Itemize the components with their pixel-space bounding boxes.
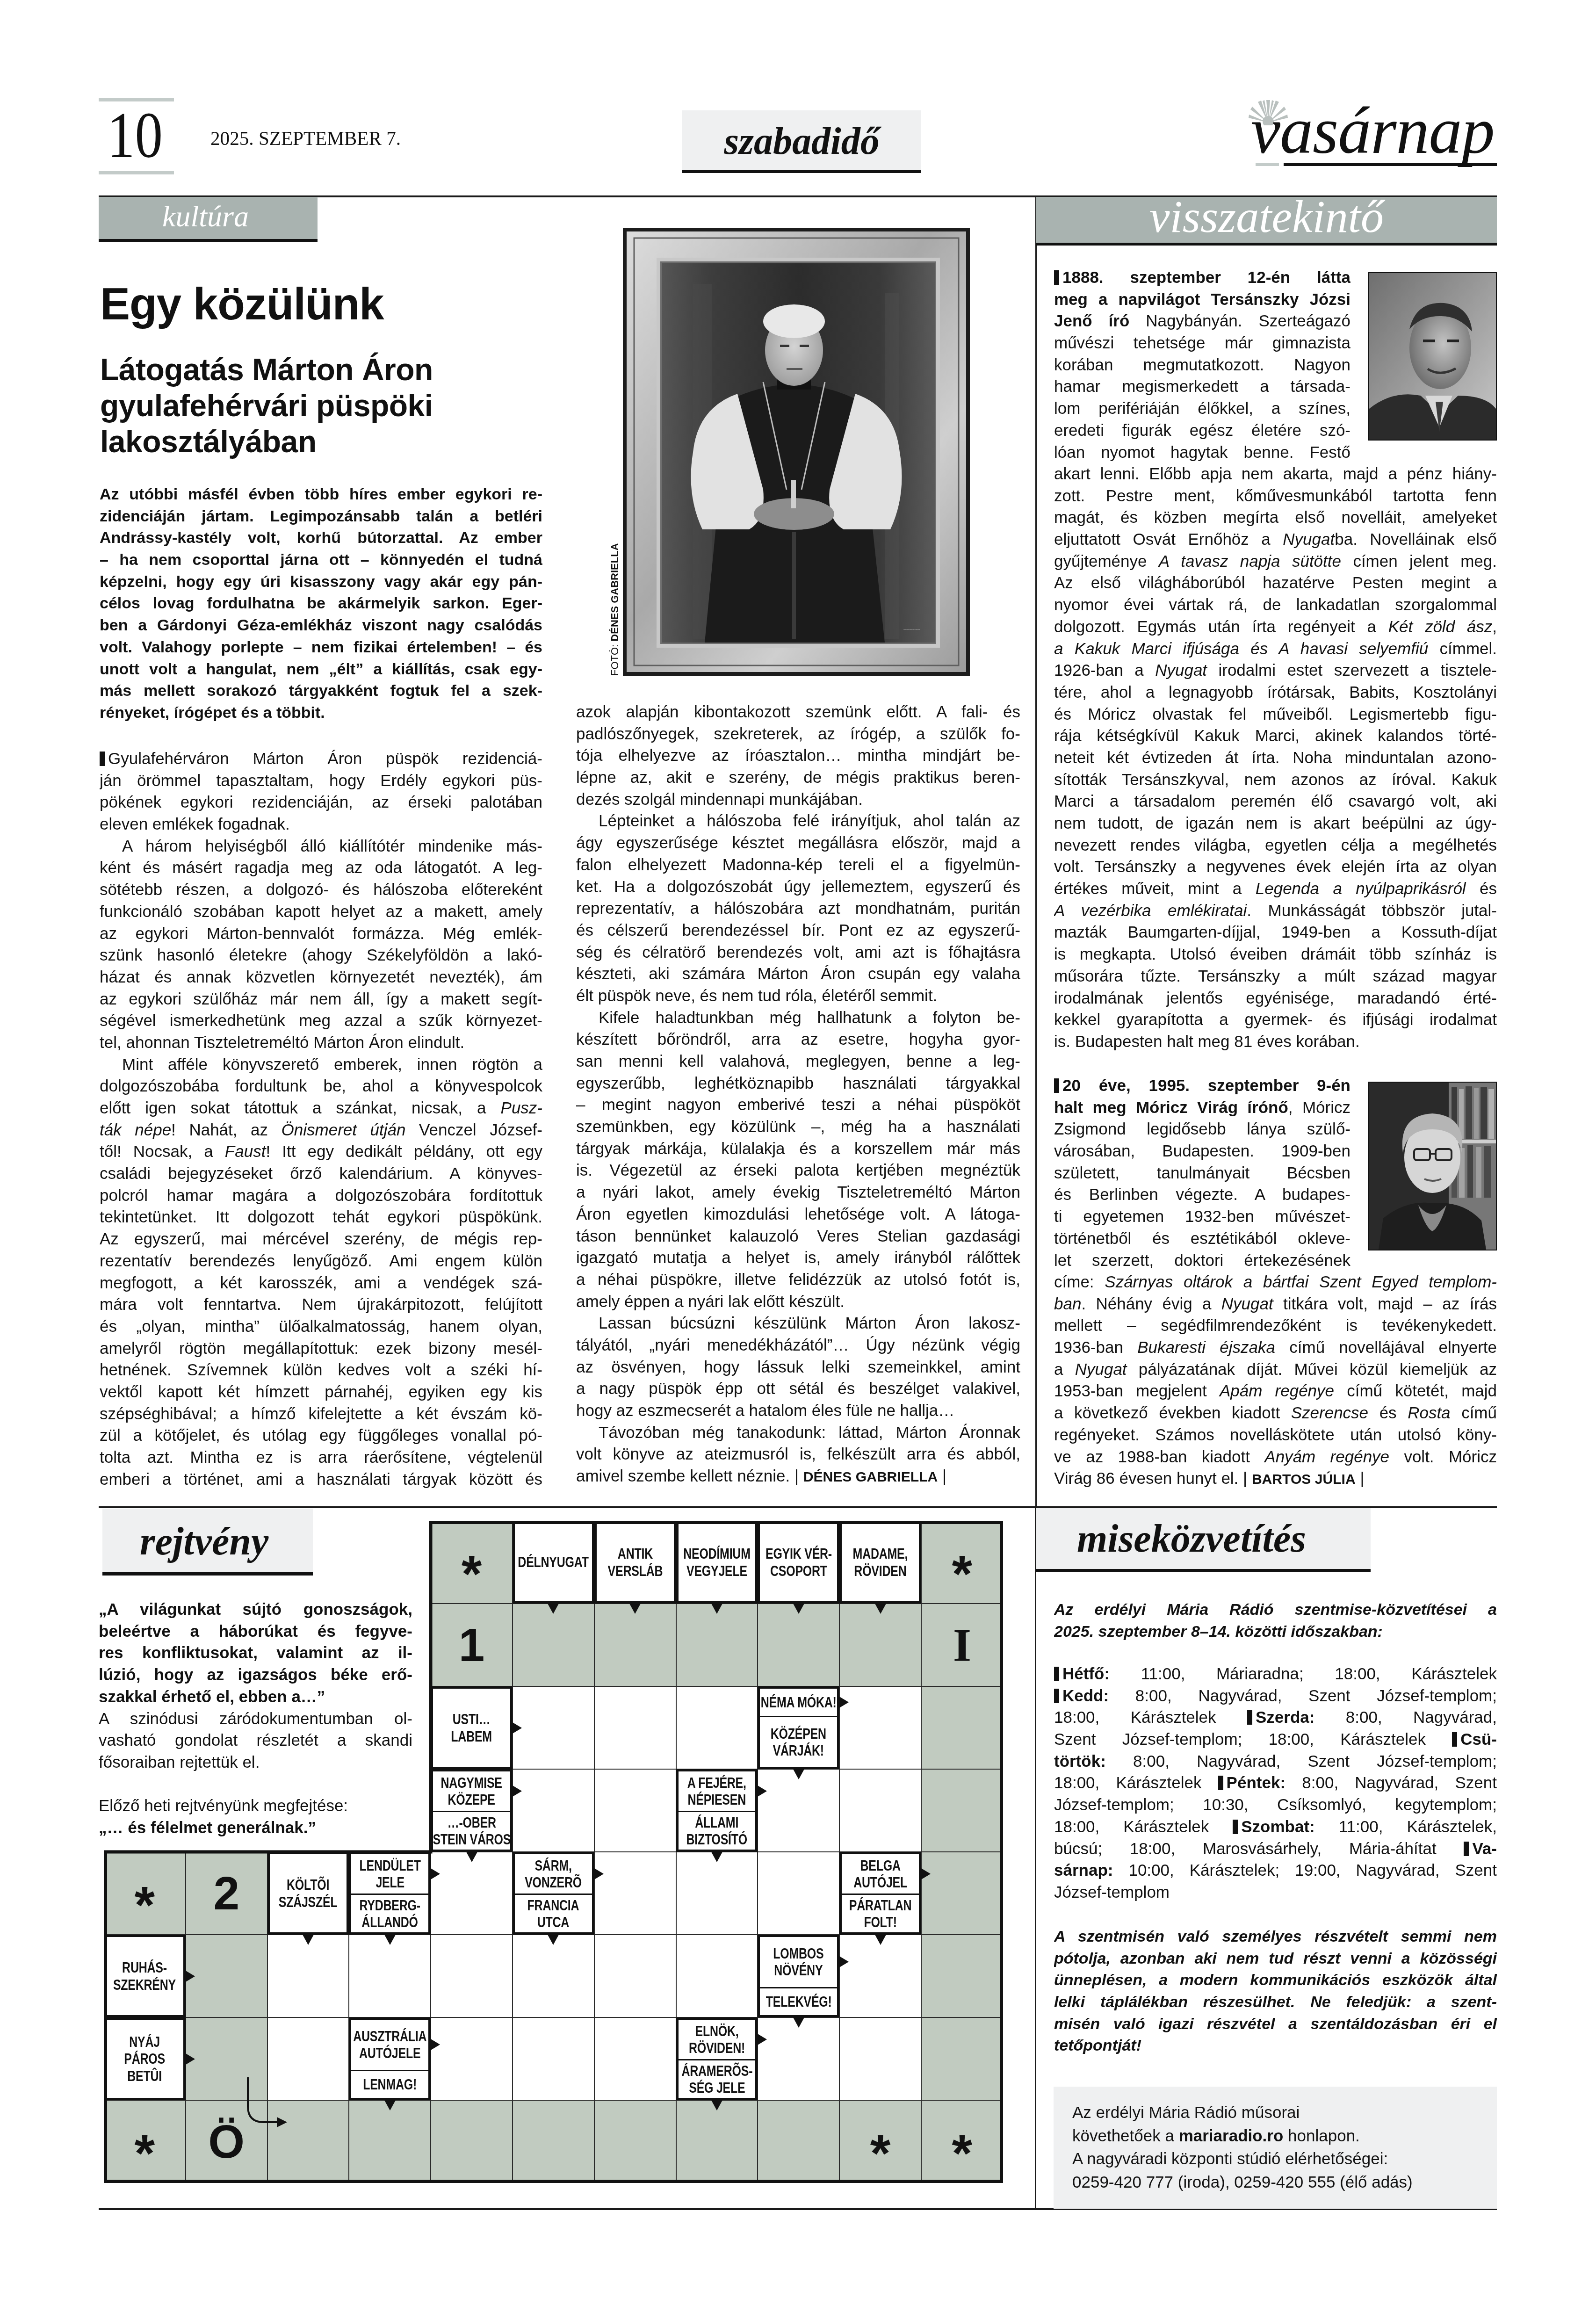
crossword-clue-cell: NÉMA MÓKA!KÖZÉPEN VÁRJÁK! <box>758 1686 839 1769</box>
text-line: unott volt a hangulat, nem „élt” a kiáll… <box>100 658 542 680</box>
italic-text: ták népe <box>100 1121 171 1139</box>
brand-underline-gray <box>1256 163 1279 166</box>
text-line: sították Tersánszkyval, nem azonos az ír… <box>1054 769 1497 791</box>
issue-date: 2025. SZEPTEMBER 7. <box>210 129 401 149</box>
text-line: től! Nocsak, a Faust! Itt egy dedikált p… <box>100 1141 542 1163</box>
text-line: lóan nyomot hagytak benne. Festő <box>1054 442 1350 464</box>
retro-item-2-body: címe: Szárnyas oltárok a bártfai Szent E… <box>1054 1272 1497 1490</box>
section-label: miseközvetítés <box>1077 1519 1371 1559</box>
crossword-marker-cell: * <box>104 2100 186 2183</box>
clue-part-top: A FEJÉRE, NÉPIESEN <box>679 1771 756 1811</box>
mass-intro: Az erdélyi Mária Rádió szentmise-közvetí… <box>1054 1599 1497 1642</box>
text-line: tére, ahol a legnagyobb írótársak, Babit… <box>1054 682 1497 704</box>
crossword-answer-cell[interactable] <box>839 1935 921 2017</box>
text-line: tel, ahonnan Tiszteletreméltó Márton Áro… <box>100 1032 542 1054</box>
paragraph-marker <box>1054 1689 1059 1703</box>
text-line: Marci a társadalom peremén élő csavargó … <box>1054 791 1497 813</box>
text-line: A három helyiségből álló kiállítótér min… <box>100 836 542 858</box>
text-line: Jenő író Nagybányán. Szerteágazó <box>1054 311 1350 332</box>
crossword-marker: 1 <box>459 1622 485 1669</box>
crossword-clue-cell: AUSZTRÁLIA AUTÓJELELENMAG! <box>349 2017 431 2100</box>
crossword-answer-cell[interactable] <box>839 2017 921 2100</box>
clue-text: AUSZTRÁLIA AUTÓJELE <box>353 2028 426 2061</box>
crossword-answer-cell[interactable] <box>431 1935 513 2017</box>
crossword-marker-cell: * <box>839 2100 921 2183</box>
text-line: a nyári lakot, amely évekig Tiszteletrem… <box>576 1182 1020 1204</box>
text-line: készített bőröndről, arra az esetre, hog… <box>576 1029 1020 1051</box>
text-line: halt meg Móricz Virág írónő, Móricz <box>1054 1097 1350 1119</box>
article-body-column-2: azok alapján kibontakozott szemünk előtt… <box>576 701 1020 1488</box>
arrow-right-icon <box>921 1868 931 1879</box>
bold-text: Szerda: <box>1256 1708 1314 1727</box>
text-line: ként és másért ragadja meg az oda látoga… <box>100 857 542 879</box>
crossword-answer-cell[interactable] <box>513 1769 594 1852</box>
paragraph-marker <box>1218 1776 1223 1790</box>
text-line: sárnap: 10:00, Kárásztelek; 19:00, Nagyv… <box>1054 1860 1497 1882</box>
text-line: értékes műveit, mint a Legenda a nyúlpap… <box>1054 878 1497 900</box>
crossword-answer-cell[interactable] <box>594 1686 676 1769</box>
text-line: a következő években kiadott Szerencse és… <box>1054 1402 1497 1424</box>
text-line: a néhai püspökre, illetve felidézzük az … <box>576 1269 1020 1291</box>
text-line: tolta azt. Mintha ez is arra ráerősítene… <box>100 1447 542 1469</box>
contact-text: honlapon. <box>1283 2127 1359 2145</box>
crossword-marker: * <box>462 1547 482 1600</box>
clue-part-top: NÉMA MÓKA! <box>760 1689 837 1716</box>
clue-text: ÁRAMERÕS- SÉG JELE <box>681 2062 752 2096</box>
text-line: vektől kapott két hímzett párnahéj, egyi… <box>100 1381 542 1403</box>
bold-text: BARTOS JÚLIA <box>1252 1472 1356 1487</box>
crossword-marker-cell: 2 <box>186 1852 267 1935</box>
bold-text: Péntek: <box>1227 1774 1285 1792</box>
clue-text: ELNÖK, RÖVIDEN! <box>689 2023 745 2056</box>
text-line: és Móricz olvastak fel műveiből. Legisme… <box>1054 704 1497 726</box>
text-line: és célszerű berendezéssel bír. Pont ez a… <box>576 920 1020 942</box>
crossword-answer-cell[interactable] <box>921 1769 1003 1852</box>
text-line: A szentmisén való személyes részvételt s… <box>1054 1926 1497 1948</box>
subtitle-line: Látogatás Márton Áron <box>100 352 433 388</box>
clue-part-bottom: ÁLLAMI BIZTOSÍTÓ <box>679 1811 756 1850</box>
text-line: és „olyan, mintha” ülőalkalmatosság, han… <box>100 1316 542 1338</box>
clue-part-bottom: FRANCIA UTCA <box>515 1894 592 1933</box>
section-bar-label: visszatekintő <box>1036 194 1497 240</box>
crossword-clue-cell: SÁRM, VONZERÕFRANCIA UTCA <box>513 1852 594 1935</box>
text-line: mára volt fenntartva. Nem újrakárpitozot… <box>100 1294 542 1316</box>
crossword-answer-cell[interactable] <box>267 1935 349 2017</box>
text-line: ágy egyszerűsége késztet megállásra elős… <box>576 832 1020 854</box>
bold-text: Szombat: <box>1241 1818 1315 1836</box>
crossword-answer-cell[interactable] <box>513 1604 594 1686</box>
text-line: 1926-ban a Nyugat irodalmi estet szervez… <box>1054 660 1497 682</box>
clue-text: BELGA AUTÓJEL <box>853 1857 907 1891</box>
bold-text: halt meg Móricz Virág írónő <box>1054 1099 1288 1117</box>
text-line: az egykori szülőház már nem áll, így a m… <box>100 989 542 1011</box>
italic-text: a Kakuk Marci ifjúsága és A havasi selye… <box>1054 640 1428 658</box>
clue-text: KÖZÉPEN VÁRJÁK! <box>771 1725 826 1759</box>
italic-text: Apám regénye <box>1220 1382 1334 1400</box>
clue-text: NYÁJ PÁROS BETÛI <box>124 2033 166 2084</box>
text-line: eljuttatott Osvát Ernőhöz a Nyugatba. No… <box>1054 529 1497 551</box>
text-line: azok alapján kibontakozott szemünk előtt… <box>576 701 1020 723</box>
crossword-answer-cell[interactable] <box>431 2017 513 2100</box>
text-line: – ha nem csoporttal járna ott – könnyedé… <box>100 549 542 571</box>
text-line: képzelni, hogy egy úri kisasszony vagy a… <box>100 571 542 593</box>
crossword-answer-cell[interactable] <box>676 1686 758 1769</box>
bold-text: meg a napvilágot Tersánszky Józsi <box>1054 290 1350 309</box>
clue-text: A FEJÉRE, NÉPIESEN <box>687 1774 746 1808</box>
crossword-marker: I <box>953 1622 971 1669</box>
crossword-clue-cell: RUHÁS- SZEKRÉNY <box>104 1935 186 2017</box>
text-line: A vezérbika emlékiratai. Munkásságát töb… <box>1054 900 1497 922</box>
article-lead: Az utóbbi másfél évben több híres ember … <box>100 484 542 724</box>
text-line: művészi tehetsége már gimnazista <box>1054 332 1350 354</box>
crossword-grid: *DÉLNYUGATANTIK VERSLÁBNEODÍMIUM VEGYJEL… <box>104 1521 1003 2183</box>
crossword-clue-cell: NEODÍMIUM VEGYJELE <box>676 1521 758 1604</box>
paragraph-marker <box>1464 1842 1469 1856</box>
text-line: Távozóban még tanakodunk: láttad, Márton… <box>576 1422 1020 1444</box>
text-line: műsorára tűzte. Tersánszky a múlt század… <box>1054 966 1497 988</box>
clue-part-top: NAGYMISE KÖZEPE <box>433 1771 510 1811</box>
text-line: Kifele haladtunkban még hallhatunk a fol… <box>576 1007 1020 1029</box>
radio-website-link[interactable]: mariaradio.ro <box>1179 2127 1284 2145</box>
contact-text: követhetőek a <box>1072 2127 1179 2145</box>
crossword-answer-cell[interactable] <box>921 2017 1003 2100</box>
crossword-clue-cell: KÖLTÕI SZÁJSZÉL <box>267 1852 349 1935</box>
text-line: egyszerűbb, leghétköznapibb használati t… <box>576 1073 1020 1095</box>
crossword-answer-cell[interactable] <box>921 1852 1003 1935</box>
clue-text: NAGYMISE KÖZEPE <box>441 1774 502 1808</box>
text-line: hogy az eszmecserét a hatalom éles füle … <box>576 1400 1020 1422</box>
text-line: volt. Tersánszky a negyvenes évek elején… <box>1054 856 1497 878</box>
clue-text: FRANCIA UTCA <box>527 1897 579 1930</box>
crossword-answer-cell[interactable] <box>758 1852 839 1935</box>
mass-note: A szentmisén való személyes részvételt s… <box>1054 1926 1497 2057</box>
clue-text: NÉMA MÓKA! <box>761 1694 837 1711</box>
crossword-marker-cell: 1 <box>431 1604 513 1686</box>
text-line: más mellett sorakozó tárgyakként fogtuk … <box>100 680 542 702</box>
brand-logo: vasárnap <box>1248 94 1498 168</box>
text-line: 18:00, Kárásztelek Szerda: 8:00, Nagyvár… <box>1054 1707 1497 1729</box>
crossword-answer-cell[interactable] <box>758 1769 839 1852</box>
crossword-answer-cell[interactable] <box>758 2017 839 2100</box>
text-line: nyomor évei vártak rá, de lankadatlan sz… <box>1054 594 1497 616</box>
clue-part-top: SÁRM, VONZERÕ <box>515 1854 592 1894</box>
text-line: Szent József-templom; 18:00, Kárásztelek… <box>1054 1729 1497 1751</box>
text-line: Az erdélyi Mária Rádió szentmise-közvetí… <box>1054 1599 1497 1621</box>
crossword-answer-cell[interactable] <box>186 2017 267 2100</box>
crossword-answer-cell[interactable] <box>676 1935 758 2017</box>
text-line: dolgozószobába fordultunk be, ahol a kön… <box>100 1076 542 1098</box>
crossword-marker: 2 <box>213 1870 239 1917</box>
arrow-down-icon <box>384 1935 396 1945</box>
crossword-answer-cell[interactable] <box>594 1769 676 1852</box>
retro-item-1-beside: 1888. szeptember 12-én láttameg a napvil… <box>1054 267 1350 463</box>
section-bar-label: kultúra <box>162 202 249 231</box>
text-line: József-templom; 10:30, Csíksomlyó, kegyt… <box>1054 1794 1497 1816</box>
text-line: ban. Néhány évig a Nyugat titkára volt, … <box>1054 1294 1497 1315</box>
crossword-answer-cell[interactable] <box>349 1935 431 2017</box>
portrait-image <box>1369 273 1496 440</box>
text-line: pótolja, azonban aki nem tud részt venni… <box>1054 1948 1497 1970</box>
crossword-answer-cell[interactable] <box>267 2100 349 2183</box>
text-line: funkcionáló szobában kapott helyet az a … <box>100 901 542 923</box>
retro-item-2-beside: 20 éve, 1995. szeptember 9-énhalt meg Mó… <box>1054 1075 1350 1272</box>
text-line: tekintetünket. Itt dolgozott tehát egyko… <box>100 1207 542 1229</box>
arrow-down-icon <box>711 1852 722 1862</box>
arrow-down-icon <box>548 1604 559 1614</box>
text-line: korában megmutatkozott. Nagyon <box>1054 354 1350 376</box>
paragraph-marker <box>100 752 105 766</box>
crossword-answer-cell[interactable] <box>594 2017 676 2100</box>
crossword-answer-cell[interactable] <box>267 2017 349 2100</box>
svg-text:~~~~~~: ~~~~~~ <box>903 627 920 632</box>
text-line: Gyulafehérváron Márton Áron püspök rezid… <box>100 748 542 770</box>
text-line: igazgató mutatja a helyet is, amely irán… <box>576 1247 1020 1269</box>
portrait-painting-image: ~~~~~~ <box>623 228 970 676</box>
paragraph-marker <box>1452 1732 1457 1747</box>
text-line: előtt igen sokat tátottuk a szánkat, nic… <box>100 1098 542 1120</box>
article-subtitle: Látogatás Márton Áron gyulafehérvári püs… <box>100 352 433 460</box>
crossword-answer-cell[interactable] <box>839 1686 921 1769</box>
subtitle-line: lakosztályában <box>100 424 433 460</box>
text-line: volt. Valahogy porlepte – nem fizikai ér… <box>100 636 542 658</box>
text-line: ségével ismerkedhetünk meg azzal a szűk … <box>100 1010 542 1032</box>
brand-wordmark: vasárnap <box>1251 97 1495 164</box>
text-line: mazták Baumgarten-díjjal, 1949-ben a Kos… <box>1054 922 1497 944</box>
text-line: ti egyetemen 1932-ben művészet- <box>1054 1206 1350 1228</box>
clue-text: TELEKVÉG! <box>766 1993 831 2010</box>
text-line: élt püspök neve, és nem tud róla, életér… <box>576 985 1020 1007</box>
bold-text: Jenő író <box>1054 312 1129 330</box>
text-line: amely éppen a nyári lak előtt készült. <box>576 1291 1020 1313</box>
text-line: a nagy püspök épp ott sétál és beszélget… <box>576 1378 1020 1400</box>
crossword-answer-cell[interactable] <box>839 1604 921 1686</box>
crossword-marker-cell: I <box>921 1604 1003 1686</box>
italic-text: Szerencse <box>1291 1404 1368 1422</box>
paragraph-marker <box>1054 1667 1059 1681</box>
column-rule-right <box>1035 196 1037 1508</box>
clue-text: ANTIK VERSLÁB <box>607 1545 663 1579</box>
crossword-answer-cell[interactable] <box>921 1686 1003 1769</box>
paragraph-marker <box>1247 1710 1252 1725</box>
text-line: Az utóbbi másfél évben több híres ember … <box>100 484 542 506</box>
text-line: hamar megismerkedett a társada- <box>1054 376 1350 398</box>
text-line: az egykori Márton-bennvalót formázza. Mé… <box>100 923 542 945</box>
crossword-marker-cell: * <box>921 1521 1003 1604</box>
text-line: táson bennünket kalauzoló Veres Stelian … <box>576 1226 1020 1248</box>
text-line: is megkapta. Utolsó éveiben drámáit több… <box>1054 944 1497 966</box>
crossword-marker-cell: * <box>104 1852 186 1935</box>
section-badge: szabadidő <box>682 110 921 173</box>
clue-part-bottom: KÖZÉPEN VÁRJÁK! <box>760 1716 837 1767</box>
text-line: nem tudott, de igazán nem is akart beépü… <box>1054 813 1497 835</box>
text-line: 1936-ban Bukaresti éjszaka című novelláj… <box>1054 1337 1497 1359</box>
arrow-right-icon <box>431 2039 440 2050</box>
text-line: eleven emlékek fogadnak. <box>100 814 542 836</box>
crossword-marker: Ö <box>208 2118 245 2165</box>
crossword-answer-cell[interactable] <box>839 1769 921 1852</box>
paragraph-marker <box>1054 270 1059 285</box>
clue-part-top: BELGA AUTÓJEL <box>842 1854 919 1894</box>
crossword-clue-cell: LOMBOS NÖVÉNYTELEKVÉG! <box>758 1935 839 2017</box>
text-line: városában, Budapesten. 1909-ben <box>1054 1141 1350 1163</box>
arrow-right-icon <box>839 1697 849 1708</box>
text-line: let szerzett, doktori értekezésének <box>1054 1250 1350 1272</box>
crossword-answer-cell[interactable] <box>513 1935 594 2017</box>
brand-underline <box>1284 163 1497 166</box>
crossword-clue-cell: MADAME, RÖVIDEN <box>839 1521 921 1604</box>
crossword-answer-cell[interactable] <box>676 1852 758 1935</box>
arrow-down-icon <box>875 1935 886 1945</box>
crossword-answer-cell[interactable] <box>758 2100 839 2183</box>
crossword-answer-cell[interactable] <box>594 1604 676 1686</box>
clue-text: DÉLNYUGAT <box>518 1554 589 1570</box>
crossword-marker: * <box>952 1547 973 1600</box>
text-line: 1888. szeptember 12-én látta <box>1054 267 1350 289</box>
italic-text: Anyám regénye <box>1264 1448 1389 1466</box>
crossword-answer-cell[interactable] <box>594 1852 676 1935</box>
section-label: szabadidő <box>682 122 921 160</box>
crossword-answer-cell[interactable] <box>513 2017 594 2100</box>
italic-text: Nyugat <box>1155 661 1207 679</box>
text-line: is. Budapesten halt meg 81 éves korában. <box>1054 1031 1497 1053</box>
article-photo: ~~~~~~ <box>623 228 970 676</box>
clue-text: EGYIK VÉR- CSOPORT <box>766 1545 832 1579</box>
text-line: szépséghibával; a hímző kifelejtette a k… <box>100 1403 542 1425</box>
arrow-down-icon <box>629 1604 641 1614</box>
photo-credit: FOTÓ: DÉNES GABRIELLA <box>609 542 621 676</box>
retro-item-1-body: akart lenni. Előbb apja nem akarta, majd… <box>1054 463 1497 1053</box>
crossword-answer-cell[interactable] <box>186 1935 267 2017</box>
text-line: zott. Pestre ment, kőművesmunkából tarto… <box>1054 485 1497 507</box>
text-line: regényeket. Számos novelláskötete után u… <box>1054 1424 1497 1446</box>
paragraph-marker <box>1054 1078 1059 1093</box>
arrow-down-icon <box>711 1604 722 1614</box>
crossword-answer-cell[interactable] <box>431 2100 513 2183</box>
clue-text: LENMAG! <box>363 2076 417 2093</box>
clue-part-top: LOMBOS NÖVÉNY <box>760 1937 837 1987</box>
text-line: – megint nagyon emberivé teszi a néhai p… <box>576 1094 1020 1116</box>
text-line: tárgyak márkája, külalakja és a korszell… <box>576 1138 1020 1160</box>
crossword-answer-cell[interactable] <box>431 1852 513 1935</box>
crossword-clue-cell: USTI… LABEM <box>431 1686 513 1769</box>
clue-text: PÁRATLAN FOLT! <box>849 1897 912 1930</box>
text-line: falon elhelyezett Madonna-kép tereli el … <box>576 854 1020 876</box>
text-line: ták népe! Nahát, az Önismeret útján Venc… <box>100 1120 542 1142</box>
text-line: rezentatív berendezés lenyűgöző. Ami eng… <box>100 1250 542 1272</box>
italic-text: A tavasz napja sütötte <box>1159 552 1341 571</box>
text-line: tója elhelyezve az íróasztalon… mintha m… <box>576 745 1020 767</box>
text-line: Zsigmond legidősebb lánya szülő- <box>1054 1119 1350 1141</box>
italic-text: Két zöld ász <box>1388 618 1493 636</box>
italic-text: Legenda a nyúlpaprikásról <box>1256 880 1466 898</box>
text-line: lépne az, akit e szerény, de mégis prakt… <box>576 767 1020 789</box>
text-line: Virág 86 évesen hunyt el. | BARTOS JÚLIA… <box>1054 1468 1497 1490</box>
arrow-down-icon <box>793 2017 804 2028</box>
text-line: emberi a történet, ami a használati tárg… <box>100 1469 542 1491</box>
bold-text: 20 éve, 1995. szeptember 9-én <box>1062 1077 1350 1095</box>
text-line: lom perifériáján élőkkel, a színes, <box>1054 398 1350 420</box>
arrow-down-icon <box>548 1935 559 1945</box>
text-line: Az első világháborúból hazatérve Pesten … <box>1054 572 1497 594</box>
text-line: tetőpontját! <box>1054 2035 1497 2057</box>
bold-text: 1888. szeptember 12-én látta <box>1062 268 1350 287</box>
clue-text: …-OBER STEIN VÁROS <box>433 1814 511 1848</box>
crossword-answer-cell[interactable] <box>513 1686 594 1769</box>
italic-text: Nyugat <box>1075 1360 1127 1379</box>
article-title: Egy közülünk <box>100 282 384 327</box>
contact-line: követhetőek a mariaradio.ro honlapon. <box>1072 2125 1497 2148</box>
arrow-down-icon <box>875 1604 886 1614</box>
italic-text: Nyugat <box>1283 530 1335 549</box>
clue-part-bottom: …-OBER STEIN VÁROS <box>433 1811 510 1850</box>
crossword-answer-cell[interactable] <box>921 1935 1003 2017</box>
text-line: san menni kell valahová, meglegyen, benn… <box>576 1051 1020 1073</box>
text-line: a Nyugat pályázatának díját. Művei közül… <box>1054 1359 1497 1381</box>
text-line: reprezentatív, a hálószobára azt mondhat… <box>576 898 1020 920</box>
crossword-clue-cell: EGYIK VÉR- CSOPORT <box>758 1521 839 1604</box>
clue-part-top: LENDÜLET JELE <box>351 1854 428 1894</box>
bold-text: Hétfő: <box>1062 1665 1110 1683</box>
text-line: zül a kötőjelet, és utólag egy függőlege… <box>100 1425 542 1447</box>
clue-text: MADAME, RÖVIDEN <box>853 1545 908 1579</box>
crossword-answer-cell[interactable] <box>594 1935 676 2017</box>
contact-line: Az erdélyi Mária Rádió műsorai <box>1072 2101 1497 2125</box>
crossword-answer-cell[interactable] <box>513 2100 594 2183</box>
text-line: ben a Gárdonyi Géza-emlékház viszont nag… <box>100 614 542 636</box>
bold-text: törtök: <box>1054 1752 1106 1771</box>
arrow-down-icon <box>303 1935 314 1945</box>
section-bar-kultura: kultúra <box>99 197 318 242</box>
crossword-answer-cell[interactable] <box>349 2100 431 2183</box>
crossword-answer-cell[interactable] <box>676 1604 758 1686</box>
arrow-right-icon <box>431 1868 440 1879</box>
contact-phone-line: 0259-420 777 (iroda), 0259-420 555 (élő … <box>1072 2171 1497 2194</box>
text-line: a Kakuk Marci ifjúsága és A havasi selye… <box>1054 638 1497 660</box>
text-line: misén való igazi részvétel a szentáldozá… <box>1054 2013 1497 2035</box>
italic-text: Rosta <box>1408 1404 1450 1422</box>
text-line: 18:00, Kárásztelek Szombat: 11:00, Kárás… <box>1054 1816 1497 1838</box>
arrow-right-icon <box>758 2034 767 2045</box>
text-line: 1953-ban megjelent Apám regénye című köt… <box>1054 1380 1497 1402</box>
contact-line: A nagyváradi központi stúdió elérhetőség… <box>1072 2147 1497 2171</box>
clue-text: SÁRM, VONZERÕ <box>525 1857 582 1891</box>
crossword-answer-cell[interactable] <box>676 2100 758 2183</box>
paragraph-marker <box>1233 1820 1238 1834</box>
subtitle-line: gyulafehérvári püspöki <box>100 388 433 424</box>
text-line: házat és annak közvetlen környezetét nev… <box>100 967 542 989</box>
photo-credit-name: DÉNES GABRIELLA <box>609 543 621 641</box>
text-line: Mint afféle könyvszerető emberek, innen … <box>100 1054 542 1076</box>
crossword-marker-cell: * <box>431 1521 513 1604</box>
bold-text: DÉNES GABRIELLA <box>803 1469 938 1485</box>
radio-contact-box: Az erdélyi Mária Rádió műsorai követhető… <box>1054 2087 1497 2209</box>
section-badge-mise: miseközvetítés <box>1036 1508 1371 1572</box>
text-line: célos lovag fordulhatna be akármelyik sa… <box>100 593 542 614</box>
arrow-right-icon <box>839 1956 849 1967</box>
text-line: magát, és közben megírta első novelláit,… <box>1054 507 1497 529</box>
column-rule-bottom-right <box>1035 1508 1036 2210</box>
text-line: ket. Ha a dolgozószobát úgy jellemeztem,… <box>576 876 1020 898</box>
crossword-answer-cell[interactable] <box>758 1604 839 1686</box>
page-number: 10 <box>107 103 163 168</box>
text-line: ség és célratörő berendezés volt, ami az… <box>576 942 1020 964</box>
crossword-clue-cell: ANTIK VERSLÁB <box>594 1521 676 1604</box>
text-line: Áron egyetlen kimozdulási lehetősége vol… <box>576 1204 1020 1226</box>
arrow-down-icon <box>384 2100 396 2110</box>
crossword-answer-cell[interactable] <box>594 2100 676 2183</box>
portrait-photo-moricz-virag <box>1368 1082 1497 1250</box>
text-line: eredeti figurák egész életére szó- <box>1054 420 1350 442</box>
